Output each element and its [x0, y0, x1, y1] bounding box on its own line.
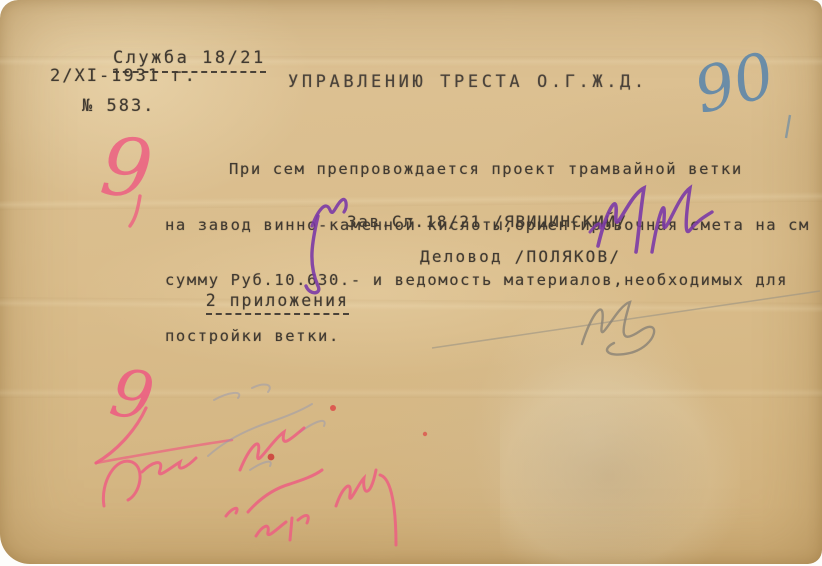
date-line: 2/XI-1931 г.	[50, 66, 197, 86]
attachments-text: 2 приложения	[206, 291, 349, 315]
number-line: № 583.	[82, 96, 155, 116]
body-line: При сем препровождается проект трамвайно…	[229, 160, 810, 179]
body-line: постройки ветки.	[165, 327, 810, 346]
signature-line-head: Зав.Сл.18/21 /ЯВИЦИНСКИЙ/	[347, 212, 628, 231]
signature-line-clerk: Деловод /ПОЛЯКОВ/	[420, 247, 621, 266]
addressee-line: УПРАВЛЕНИЮ ТРЕСТА О.Г.Ж.Д.	[288, 72, 648, 92]
attachments-line: 2 приложения	[158, 272, 349, 329]
scanned-document: Служба 18/21 2/XI-1931 г. № 583. УПРАВЛЕ…	[0, 0, 822, 566]
